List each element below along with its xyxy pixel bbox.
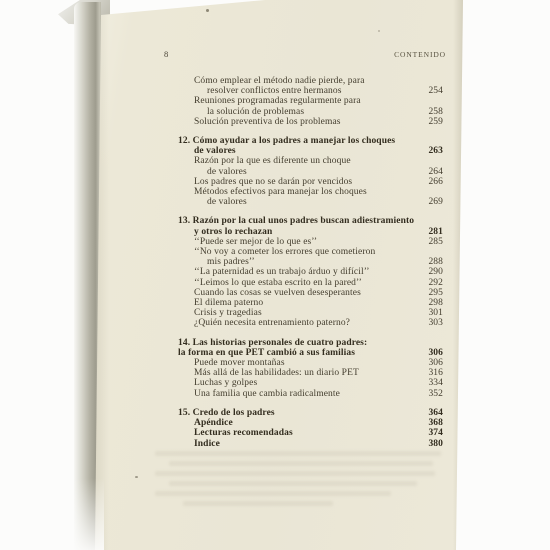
toc-entry: El dilema paterno298 [178,298,443,308]
toc-page-number: 259 [428,117,443,127]
toc-entry-line: resolver conflictos entre hermanos254 [178,86,443,96]
toc-entry-text: Cómo emplear el método nadie pierde, par… [194,76,365,86]
toc-entry-text: Crisis y tragedias [194,308,262,318]
toc-entry-line: ¿Quién necesita entrenamiento paterno?30… [178,318,443,328]
toc-entry: ‘‘No voy a cometer los errores que comet… [178,247,443,267]
toc-entry-text: Métodos efectivos para manejar los choqu… [194,187,367,197]
toc-entry: ‘‘Puede ser mejor de lo que es’’285 [178,237,443,247]
toc-entry-text: Razón por la que es diferente un choque [194,156,351,166]
toc-entry-line: Razón por la que es diferente un choque [178,156,443,166]
toc-entry: ‘‘Leimos lo que estaba escrito en la par… [178,278,443,288]
toc-page-number: 266 [428,177,443,187]
toc-entry-text: ¿Quién necesita entrenamiento paterno? [194,318,350,328]
page-number: 8 [164,49,168,59]
toc-entry: Métodos efectivos para manejar los choqu… [178,187,443,207]
toc-entry-text: Apéndice [194,418,233,428]
toc-entry-line: de valores269 [178,197,443,207]
toc-page-number: 269 [428,197,443,207]
toc-page-number: 295 [428,288,443,298]
toc-page-number: 254 [428,86,443,96]
toc-entry: Los padres que no se darán por vencidos2… [178,177,443,187]
toc-page-number: 285 [428,237,443,247]
toc-entry-text: ‘‘Leimos lo que estaba escrito en la par… [194,278,362,288]
toc-entry-line: Cómo emplear el método nadie pierde, par… [178,76,443,86]
toc-entry-line: 13. Razón por la cual unos padres buscan… [178,216,443,226]
show-through-text [169,461,433,466]
toc-entry-text: 15. Credo de los padres [178,408,275,418]
show-through-text [169,481,417,486]
toc-page-number: 306 [428,358,443,368]
toc-entry-text: mis padres’’ [207,257,255,267]
toc-entry: Lecturas recomendadas374 [178,428,443,438]
toc-entry-text: de valores [207,167,247,177]
toc-entry-line: la solución de problemas258 [178,107,443,117]
paper-speck [378,30,380,32]
toc-entry-line: de valores263 [178,146,443,156]
toc-entry-text: 14. Las historias personales de cuatro p… [178,338,367,348]
toc-entry-line: 14. Las historias personales de cuatro p… [178,338,443,348]
toc-entry: Indice380 [178,439,443,449]
toc-entry-line: y otros lo rechazan281 [178,227,443,237]
toc-entry: 15. Credo de los padres364 [178,408,443,418]
toc-page-number: 258 [428,107,443,117]
toc-entry-line: Reuniones programadas regularmente para [178,96,443,106]
toc-entry-line: ‘‘Puede ser mejor de lo que es’’285 [178,237,443,247]
toc-page-number: 352 [428,389,443,399]
toc-entry: Cuando las cosas se vuelven desesperante… [178,288,443,298]
toc-entry-line: Apéndice368 [178,418,443,428]
toc-page-number: 292 [428,278,443,288]
toc-entry-text: de valores [207,197,247,207]
toc-entry-line: El dilema paterno298 [178,298,443,308]
toc-page-number: 290 [428,267,443,277]
toc-entry: ‘‘La paternidad es un trabajo árduo y di… [178,267,443,277]
toc-entry: Cómo emplear el método nadie pierde, par… [178,76,443,96]
toc-entry-text: 12. Cómo ayudar a los padres a manejar l… [178,136,395,146]
toc-page-number: 306 [428,348,443,358]
toc-page-number: 288 [428,257,443,267]
toc-entry: 12. Cómo ayudar a los padres a manejar l… [178,136,443,156]
show-through-text [155,491,391,496]
show-through-text [183,501,333,506]
toc-entry-text: Más allá de las habilidades: un diario P… [194,368,359,378]
show-through-text [155,471,435,476]
toc-entry: Una familia que cambia radicalmente352 [178,389,443,399]
table-of-contents: Cómo emplear el método nadie pierde, par… [178,76,443,449]
toc-page-number: 301 [428,308,443,318]
toc-page-number: 368 [428,418,443,428]
toc-page-number: 316 [428,368,443,378]
toc-page-number: 364 [428,408,443,418]
toc-entry: Luchas y golpes334 [178,378,443,388]
toc-entry-text: Los padres que no se darán por vencidos [194,177,352,187]
toc-entry-text: ‘‘No voy a cometer los errores que comet… [194,247,375,257]
toc-page-number: 374 [428,428,443,438]
toc-entry: Apéndice368 [178,418,443,428]
toc-page-number: 334 [428,378,443,388]
scanned-photo-background: 8 CONTENIDO Cómo emplear el método nadie… [0,0,550,550]
toc-entry-text: de valores [194,146,236,156]
book-page: 8 CONTENIDO Cómo emplear el método nadie… [95,0,463,550]
toc-page-number: 380 [428,439,443,449]
toc-page-number: 264 [428,167,443,177]
toc-entry-line: 15. Credo de los padres364 [178,408,443,418]
toc-page-number: 263 [428,146,443,156]
toc-entry-text: Luchas y golpes [194,378,257,388]
toc-entry-line: Solución preventiva de los problemas259 [178,117,443,127]
toc-entry-line: de valores264 [178,167,443,177]
toc-entry-line: Los padres que no se darán por vencidos2… [178,177,443,187]
toc-entry: ¿Quién necesita entrenamiento paterno?30… [178,318,443,328]
show-through-text [155,451,441,456]
toc-entry-line: Una familia que cambia radicalmente352 [178,389,443,399]
edge-fade-overlay [68,478,104,550]
toc-entry-text: Indice [194,439,220,449]
toc-entry: Crisis y tragedias301 [178,308,443,318]
toc-entry-line: la forma en que PET cambió a sus familia… [178,348,443,358]
toc-entry: Solución preventiva de los problemas259 [178,117,443,127]
toc-entry-text: ‘‘Puede ser mejor de lo que es’’ [194,237,317,247]
toc-entry: Reuniones programadas regularmente paral… [178,96,443,116]
toc-entry-line: Indice380 [178,439,443,449]
toc-entry: 14. Las historias personales de cuatro p… [178,338,443,358]
toc-entry: 13. Razón por la cual unos padres buscan… [178,216,443,236]
toc-entry-line: Cuando las cosas se vuelven desesperante… [178,288,443,298]
paper-speck [135,476,138,478]
toc-entry-text: y otros lo rechazan [194,227,272,237]
toc-entry-text: la forma en que PET cambió a sus familia… [178,348,355,358]
toc-entry-text: la solución de problemas [207,107,304,117]
toc-entry-line: ‘‘La paternidad es un trabajo árduo y di… [178,267,443,277]
toc-entry-line: Métodos efectivos para manejar los choqu… [178,187,443,197]
toc-entry-line: ‘‘Leimos lo que estaba escrito en la par… [178,278,443,288]
toc-entry-text: ‘‘La paternidad es un trabajo árduo y di… [194,267,370,277]
toc-entry-text: resolver conflictos entre hermanos [207,86,342,96]
page-header: 8 CONTENIDO [164,49,446,59]
toc-entry: Razón por la que es diferente un choqued… [178,156,443,176]
toc-entry-text: Cuando las cosas se vuelven desesperante… [194,288,361,298]
toc-entry-line: 12. Cómo ayudar a los padres a manejar l… [178,136,443,146]
toc-entry: Más allá de las habilidades: un diario P… [178,368,443,378]
toc-page-number: 281 [428,227,443,237]
toc-page-number: 303 [428,318,443,328]
toc-entry-line: Crisis y tragedias301 [178,308,443,318]
toc-entry-line: ‘‘No voy a cometer los errores que comet… [178,247,443,257]
toc-entry-line: Lecturas recomendadas374 [178,428,443,438]
toc-entry: Puede mover montañas306 [178,358,443,368]
paper-speck [206,9,209,12]
toc-page-number: 298 [428,298,443,308]
toc-entry-line: Luchas y golpes334 [178,378,443,388]
toc-entry-line: Puede mover montañas306 [178,358,443,368]
running-title: CONTENIDO [394,50,446,59]
toc-entry-text: Reuniones programadas regularmente para [194,96,361,106]
toc-entry-text: 13. Razón por la cual unos padres buscan… [178,216,414,226]
toc-entry-line: Más allá de las habilidades: un diario P… [178,368,443,378]
toc-entry-text: Puede mover montañas [194,358,285,368]
toc-entry-text: El dilema paterno [194,298,263,308]
toc-entry-text: Lecturas recomendadas [194,428,293,438]
toc-entry-line: mis padres’’288 [178,257,443,267]
toc-entry-text: Una familia que cambia radicalmente [194,389,340,399]
toc-entry-text: Solución preventiva de los problemas [194,117,341,127]
